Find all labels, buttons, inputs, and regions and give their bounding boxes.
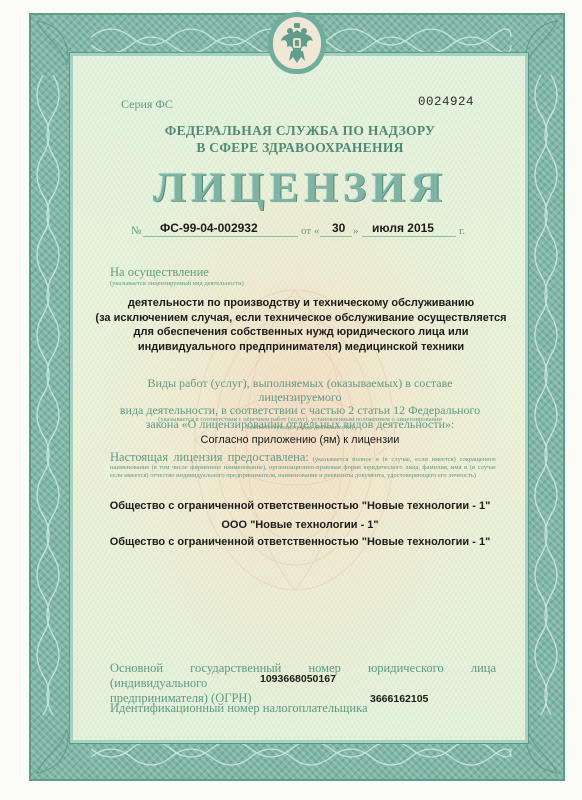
ogrn-value: 1093668050167 bbox=[260, 673, 336, 685]
works-hint: (указывается в соответствии с перечнем р… bbox=[110, 416, 490, 432]
license-number: ФС-99-04-002932 bbox=[160, 221, 258, 235]
licensed-activity: деятельности по производству и техническ… bbox=[95, 296, 507, 354]
activity-line: деятельности по производству и техническ… bbox=[95, 296, 507, 311]
issue-day: 30 bbox=[332, 221, 345, 235]
license-document: Серия ФС 0024924 ФЕДЕРАЛЬНАЯ СЛУЖБА ПО Н… bbox=[0, 0, 582, 800]
day-underline bbox=[320, 236, 352, 237]
works-hint-line: соответствующего вида деятельности) bbox=[110, 424, 490, 432]
grantee-short-name: ООО "Новые технологии - 1" bbox=[100, 519, 500, 531]
works-value: Согласно приложению (ям) к лицензии bbox=[100, 434, 500, 446]
works-hint-line: (указывается в соответствии с перечнем р… bbox=[110, 416, 490, 424]
date-from-label: от « bbox=[301, 225, 319, 237]
agency-line-2: В СФЕРЕ ЗДРАВООХРАНЕНИЯ bbox=[80, 139, 520, 156]
serial-number: 0024924 bbox=[418, 95, 474, 109]
inn-label: Идентификационный номер налогоплательщик… bbox=[110, 701, 368, 716]
double-headed-eagle-icon bbox=[279, 21, 315, 65]
grantee-brand-name: Общество с ограниченной ответственностью… bbox=[100, 536, 500, 548]
document-title: ЛИЦЕНЗИЯ bbox=[80, 163, 520, 211]
issuing-agency: ФЕДЕРАЛЬНАЯ СЛУЖБА ПО НАДЗОРУ В СФЕРЕ ЗД… bbox=[80, 122, 520, 156]
issue-month-year: июля 2015 bbox=[372, 221, 434, 235]
month-underline bbox=[362, 236, 456, 237]
agency-line-1: ФЕДЕРАЛЬНАЯ СЛУЖБА ПО НАДЗОРУ bbox=[80, 122, 520, 139]
activity-line: (за исключением случая, если техническое… bbox=[95, 311, 507, 326]
series-label: Серия ФС bbox=[121, 97, 173, 112]
activity-line: для обеспечения собственных нужд юридиче… bbox=[95, 325, 507, 340]
grantee-label: Настоящая лицензия предоставлена: bbox=[110, 450, 309, 464]
works-line: Виды работ (услуг), выполняемых (оказыва… bbox=[105, 377, 495, 404]
number-underline bbox=[143, 236, 298, 237]
year-suffix: г. bbox=[459, 225, 465, 237]
number-sign: № bbox=[131, 225, 142, 237]
inn-value: 3666162105 bbox=[370, 693, 428, 705]
activity-line: индивидуального предпринимателя) медицин… bbox=[95, 340, 507, 355]
activity-hint: (указывается лицензируемый вид деятельно… bbox=[110, 280, 244, 287]
activity-label: На осуществление bbox=[110, 265, 209, 280]
grantee-block: Настоящая лицензия предоставлена: (указы… bbox=[110, 453, 496, 480]
date-quote-close: » bbox=[353, 225, 359, 237]
grantee-full-name: Общество с ограниченной ответственностью… bbox=[100, 500, 500, 512]
state-emblem bbox=[268, 12, 326, 74]
